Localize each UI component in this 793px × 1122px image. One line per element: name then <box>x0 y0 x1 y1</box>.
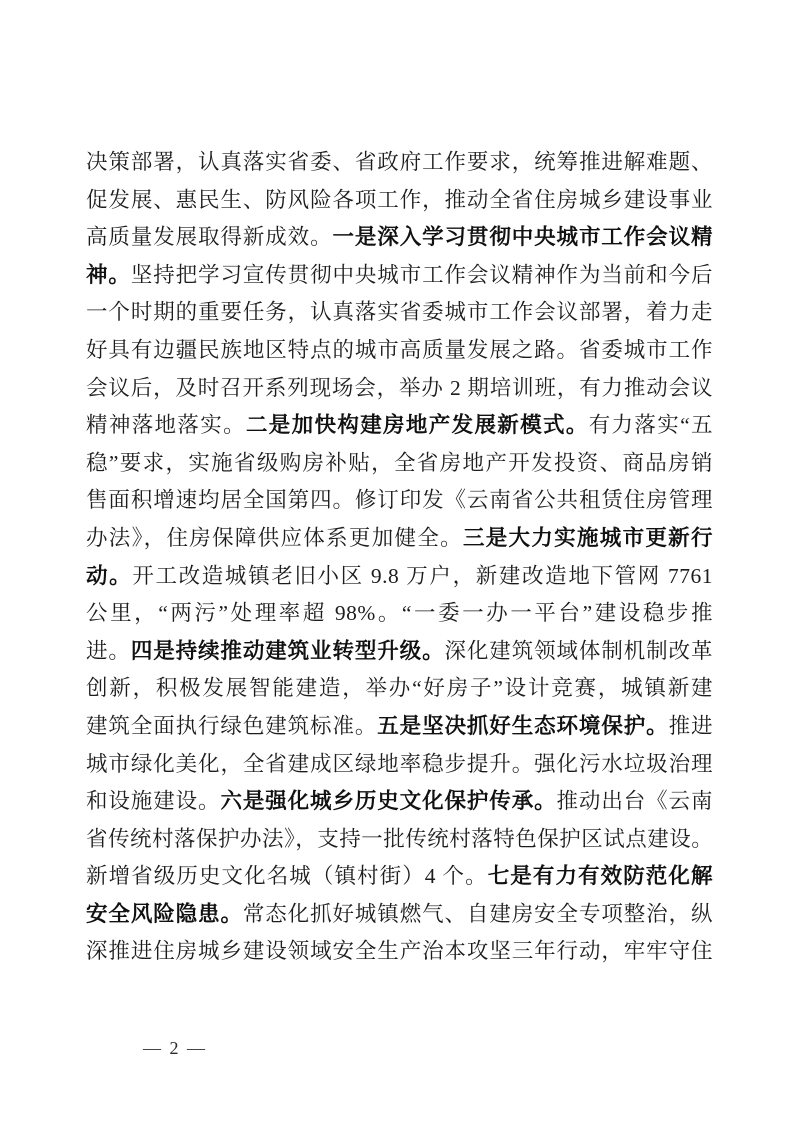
body-text-segment: 坚持把学习宣传贯彻中央城市工作会议精神作为当前和今后 <box>131 263 713 287</box>
body-text-segment: 建筑全面执行绿色建筑标准。 <box>86 714 377 738</box>
body-text-segment: 创新，积极发展智能建造，举办“好房子”设计竞赛，城镇新建 <box>86 676 713 700</box>
text-line: 决策部署，认真落实省委、省政府工作要求，统筹推进解难题、 <box>86 144 713 182</box>
body-text-segment: 高质量发展取得新成效。 <box>86 225 332 249</box>
section-heading-segment: 五是坚决抓好生态环境保护。 <box>377 714 668 738</box>
body-text-segment: 售面积增速均居全国第四。修订印发《云南省公共租赁住房管理 <box>86 488 713 512</box>
body-text-segment: 办法》，住房保障供应体系更加健全。 <box>86 526 463 550</box>
text-line: 创新，积极发展智能建造，举办“好房子”设计竞赛，城镇新建 <box>86 670 713 708</box>
section-heading-segment: 一是深入学习贯彻中央城市工作会议精 <box>332 225 713 249</box>
body-text-segment: 促发展、惠民生、防风险各项工作，推动全省住房城乡建设事业 <box>86 188 713 212</box>
text-line: 深推进住房城乡建设领域安全生产治本攻坚三年行动，牢牢守住 <box>86 933 713 971</box>
body-text-segment: 会议后，及时召开系列现场会，举办 2 期培训班，有力推动会议 <box>86 376 713 400</box>
text-line: 促发展、惠民生、防风险各项工作，推动全省住房城乡建设事业 <box>86 182 713 220</box>
section-heading-segment: 二是加快构建房地产发展新模式。 <box>246 413 589 437</box>
text-line: 稳”要求，实施省级购房补贴，全省房地产开发投资、商品房销 <box>86 445 713 483</box>
body-text-segment: 新增省级历史文化名城（镇村街）4 个。 <box>86 864 488 888</box>
text-line: 公里，“两污”处理率超 98%。“一委一办一平台”建设稳步推 <box>86 595 713 633</box>
section-heading-segment: 动。 <box>86 564 132 588</box>
body-text-segment: 常态化抓好城镇燃气、自建房安全专项整治，纵 <box>243 902 713 926</box>
text-line: 高质量发展取得新成效。一是深入学习贯彻中央城市工作会议精 <box>86 219 713 257</box>
document-page: 决策部署，认真落实省委、省政府工作要求，统筹推进解难题、促发展、惠民生、防风险各… <box>0 0 793 1122</box>
body-text-segment: 推进 <box>669 714 713 738</box>
body-text-segment: 开工改造城镇老旧小区 9.8 万户，新建改造地下管网 7761 <box>132 564 713 588</box>
text-line: 城市绿化美化，全省建成区绿地率稳步提升。强化污水垃圾治理 <box>86 746 713 784</box>
section-heading-segment: 安全风险隐患。 <box>86 902 243 926</box>
text-line: 售面积增速均居全国第四。修订印发《云南省公共租赁住房管理 <box>86 482 713 520</box>
body-text-segment: 和设施建设。 <box>86 789 220 813</box>
body-text-segment: 好具有边疆民族地区特点的城市高质量发展之路。省委城市工作 <box>86 338 713 362</box>
text-line: 会议后，及时召开系列现场会，举办 2 期培训班，有力推动会议 <box>86 370 713 408</box>
body-text-segment: 推动出台《云南 <box>557 789 713 813</box>
body-text-segment: 城市绿化美化，全省建成区绿地率稳步提升。强化污水垃圾治理 <box>86 752 713 776</box>
text-line: 好具有边疆民族地区特点的城市高质量发展之路。省委城市工作 <box>86 332 713 370</box>
body-text-segment: 深推进住房城乡建设领域安全生产治本攻坚三年行动，牢牢守住 <box>86 939 713 963</box>
body-text-segment: 进。 <box>86 639 131 663</box>
text-line: 办法》，住房保障供应体系更加健全。三是大力实施城市更新行 <box>86 520 713 558</box>
text-line: 神。坚持把学习宣传贯彻中央城市工作会议精神作为当前和今后 <box>86 257 713 295</box>
body-text-segment: 稳”要求，实施省级购房补贴，全省房地产开发投资、商品房销 <box>86 451 713 475</box>
body-text-segment: 一个时期的重要任务，认真落实省委城市工作会议部署，着力走 <box>86 300 713 324</box>
document-text-block: 决策部署，认真落实省委、省政府工作要求，统筹推进解难题、促发展、惠民生、防风险各… <box>86 144 713 971</box>
text-line: 进。四是持续推动建筑业转型升级。深化建筑领域体制机制改革 <box>86 633 713 671</box>
section-heading-segment: 七是有力有效防范化解 <box>488 864 713 888</box>
body-text-segment: 精神落地落实。 <box>86 413 246 437</box>
text-line: 精神落地落实。二是加快构建房地产发展新模式。有力落实“五 <box>86 407 713 445</box>
text-line: 安全风险隐患。常态化抓好城镇燃气、自建房安全专项整治，纵 <box>86 896 713 934</box>
body-text-segment: 公里，“两污”处理率超 98%。“一委一办一平台”建设稳步推 <box>86 601 713 625</box>
section-heading-segment: 四是持续推动建筑业转型升级。 <box>131 639 445 663</box>
page-number: — 2 — <box>143 1038 207 1059</box>
body-text-segment: 省传统村落保护办法》，支持一批传统村落特色保护区试点建设。 <box>86 827 713 851</box>
text-line: 一个时期的重要任务，认真落实省委城市工作会议部署，着力走 <box>86 294 713 332</box>
text-line: 新增省级历史文化名城（镇村街）4 个。七是有力有效防范化解 <box>86 858 713 896</box>
section-heading-segment: 神。 <box>86 263 131 287</box>
text-line: 动。开工改造城镇老旧小区 9.8 万户，新建改造地下管网 7761 <box>86 558 713 596</box>
section-heading-segment: 三是大力实施城市更新行 <box>463 526 713 550</box>
body-text-segment: 有力落实“五 <box>589 413 713 437</box>
text-line: 省传统村落保护办法》，支持一批传统村落特色保护区试点建设。 <box>86 821 713 859</box>
body-text-segment: 决策部署，认真落实省委、省政府工作要求，统筹推进解难题、 <box>86 150 713 174</box>
section-heading-segment: 六是强化城乡历史文化保护传承。 <box>220 789 556 813</box>
body-text-segment: 深化建筑领域体制机制改革 <box>445 639 713 663</box>
text-line: 建筑全面执行绿色建筑标准。五是坚决抓好生态环境保护。推进 <box>86 708 713 746</box>
text-line: 和设施建设。六是强化城乡历史文化保护传承。推动出台《云南 <box>86 783 713 821</box>
